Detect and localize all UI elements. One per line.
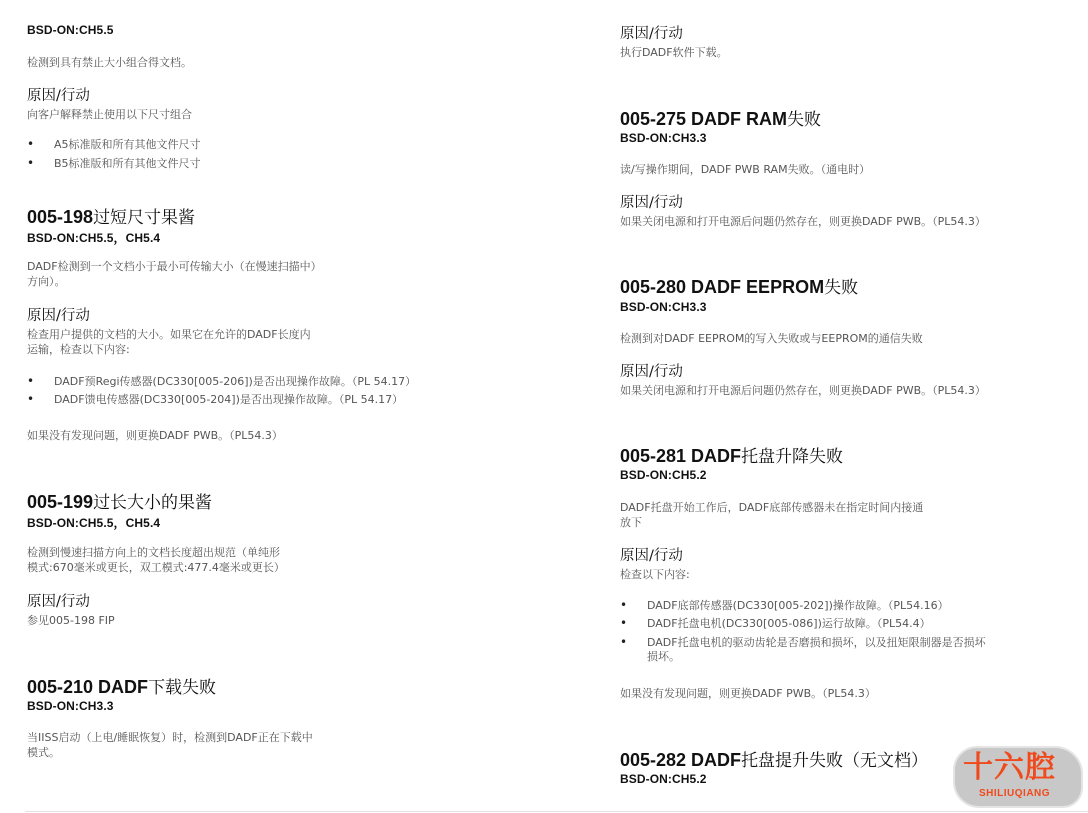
bullet-icon: •	[620, 596, 647, 614]
fault-description: 检测到具有禁止大小组合得文档。	[27, 55, 192, 70]
bsd-reference: BSD-ON:CH5.2	[620, 772, 707, 786]
bullet-icon: •	[27, 135, 54, 153]
bullet-icon: •	[27, 390, 54, 408]
fallback-action: 如果没有发现问题，则更换DADF PWB。（PL54.3）	[27, 428, 283, 443]
fault-description: 检测到对DADF EEPROM的写入失败或与EEPROM的通信失败	[620, 331, 923, 346]
fault-description-line-1: 检测到慢速扫描方向上的文档长度超出规范（单纯形	[27, 545, 280, 560]
cause-action-text: 参见005-198 FIP	[27, 613, 115, 628]
page-divider	[25, 811, 1088, 812]
bullet-item: •B5标准版和所有其他文件尺寸	[27, 154, 201, 173]
fault-description-line-2: 方向）。	[27, 274, 66, 289]
watermark-logo-en: SHILIUQIANG	[979, 788, 1050, 799]
cause-action-heading: 原因/行动	[27, 304, 90, 325]
fault-description-line-2: 模式。	[27, 745, 60, 760]
fault-description: 读/写操作期间，DADF PWB RAM失败。（通电时）	[620, 162, 870, 177]
bsd-reference: BSD-ON:CH3.3	[620, 300, 707, 314]
bullet-item: •DADF预Regi传感器(DC330[005-206])是否出现操作故障。（P…	[27, 372, 416, 391]
bullet-item: •DADF馈电传感器(DC330[005-204])是否出现操作故障。（PL 5…	[27, 390, 403, 409]
bsd-reference: BSD-ON:CH5.2	[620, 468, 707, 482]
fault-description-line-1: DADF检测到一个文档小于最小可传输大小（在慢速扫描中）	[27, 259, 322, 274]
cause-action-text: 检查以下内容:	[620, 567, 690, 582]
fault-title-005-210: 005-210 DADF下载失败	[27, 673, 216, 698]
bullet-icon: •	[620, 614, 647, 632]
fault-description-line-1: 当IISS启动（上电/睡眠恢复）时，检测到DADF正在下载中	[27, 730, 313, 745]
bullet-icon: •	[27, 372, 54, 390]
cause-action-heading: 原因/行动	[27, 590, 90, 611]
cause-action-line-1: 检查用户提供的文档的大小。如果它在允许的DADF长度内	[27, 327, 311, 342]
fault-description-line-2: 模式:670毫米或更长，双工模式:477.4毫米或更长）	[27, 560, 285, 575]
watermark-logo: 十六腔 SHILIUQIANG	[955, 748, 1081, 806]
cause-action-line-2: 运输，检查以下内容:	[27, 342, 130, 357]
fault-description-line-2: 放下	[620, 515, 642, 530]
bullet-icon: •	[27, 154, 54, 172]
bullet-item: •A5标准版和所有其他文件尺寸	[27, 135, 201, 154]
bsd-reference: BSD-ON:CH5.5	[27, 23, 114, 37]
bsd-reference: BSD-ON:CH5.5，CH5.4	[27, 514, 160, 531]
fault-title-005-280: 005-280 DADF EEPROM失败	[620, 273, 858, 298]
bullet-item-continuation: 损坏。	[620, 648, 680, 666]
cause-action-text: 向客户解释禁止使用以下尺寸组合	[27, 107, 192, 122]
cause-action-heading: 原因/行动	[620, 22, 683, 43]
cause-action-heading: 原因/行动	[27, 84, 90, 105]
fallback-action: 如果没有发现问题，则更换DADF PWB。（PL54.3）	[620, 686, 876, 701]
cause-action-text: 如果关闭电源和打开电源后问题仍然存在，则更换DADF PWB。（PL54.3）	[620, 214, 986, 229]
bullet-item: •DADF底部传感器(DC330[005-202])操作故障。（PL54.16）	[620, 596, 949, 615]
fault-title-005-281: 005-281 DADF托盘升降失败	[620, 442, 843, 467]
bsd-reference: BSD-ON:CH5.5，CH5.4	[27, 229, 160, 246]
fault-description-line-1: DADF托盘开始工作后，DADF底部传感器未在指定时间内接通	[620, 500, 923, 515]
watermark-logo-cn: 十六腔	[963, 750, 1056, 786]
fault-title-005-275: 005-275 DADF RAM失败	[620, 105, 821, 130]
cause-action-heading: 原因/行动	[620, 360, 683, 381]
cause-action-heading: 原因/行动	[620, 544, 683, 565]
fault-title-005-282: 005-282 DADF托盘提升失败（无文档）	[620, 746, 928, 771]
fault-title-005-198: 005-198过短尺寸果酱	[27, 203, 195, 228]
cause-action-text: 如果关闭电源和打开电源后问题仍然存在，则更换DADF PWB。（PL54.3）	[620, 383, 986, 398]
bsd-reference: BSD-ON:CH3.3	[27, 699, 114, 713]
fault-title-005-199: 005-199过长大小的果酱	[27, 488, 212, 513]
bsd-reference: BSD-ON:CH3.3	[620, 131, 707, 145]
cause-action-heading: 原因/行动	[620, 191, 683, 212]
cause-action-text: 执行DADF软件下载。	[620, 45, 728, 60]
bullet-item: •DADF托盘电机(DC330[005-086])运行故障。（PL54.4）	[620, 614, 931, 633]
